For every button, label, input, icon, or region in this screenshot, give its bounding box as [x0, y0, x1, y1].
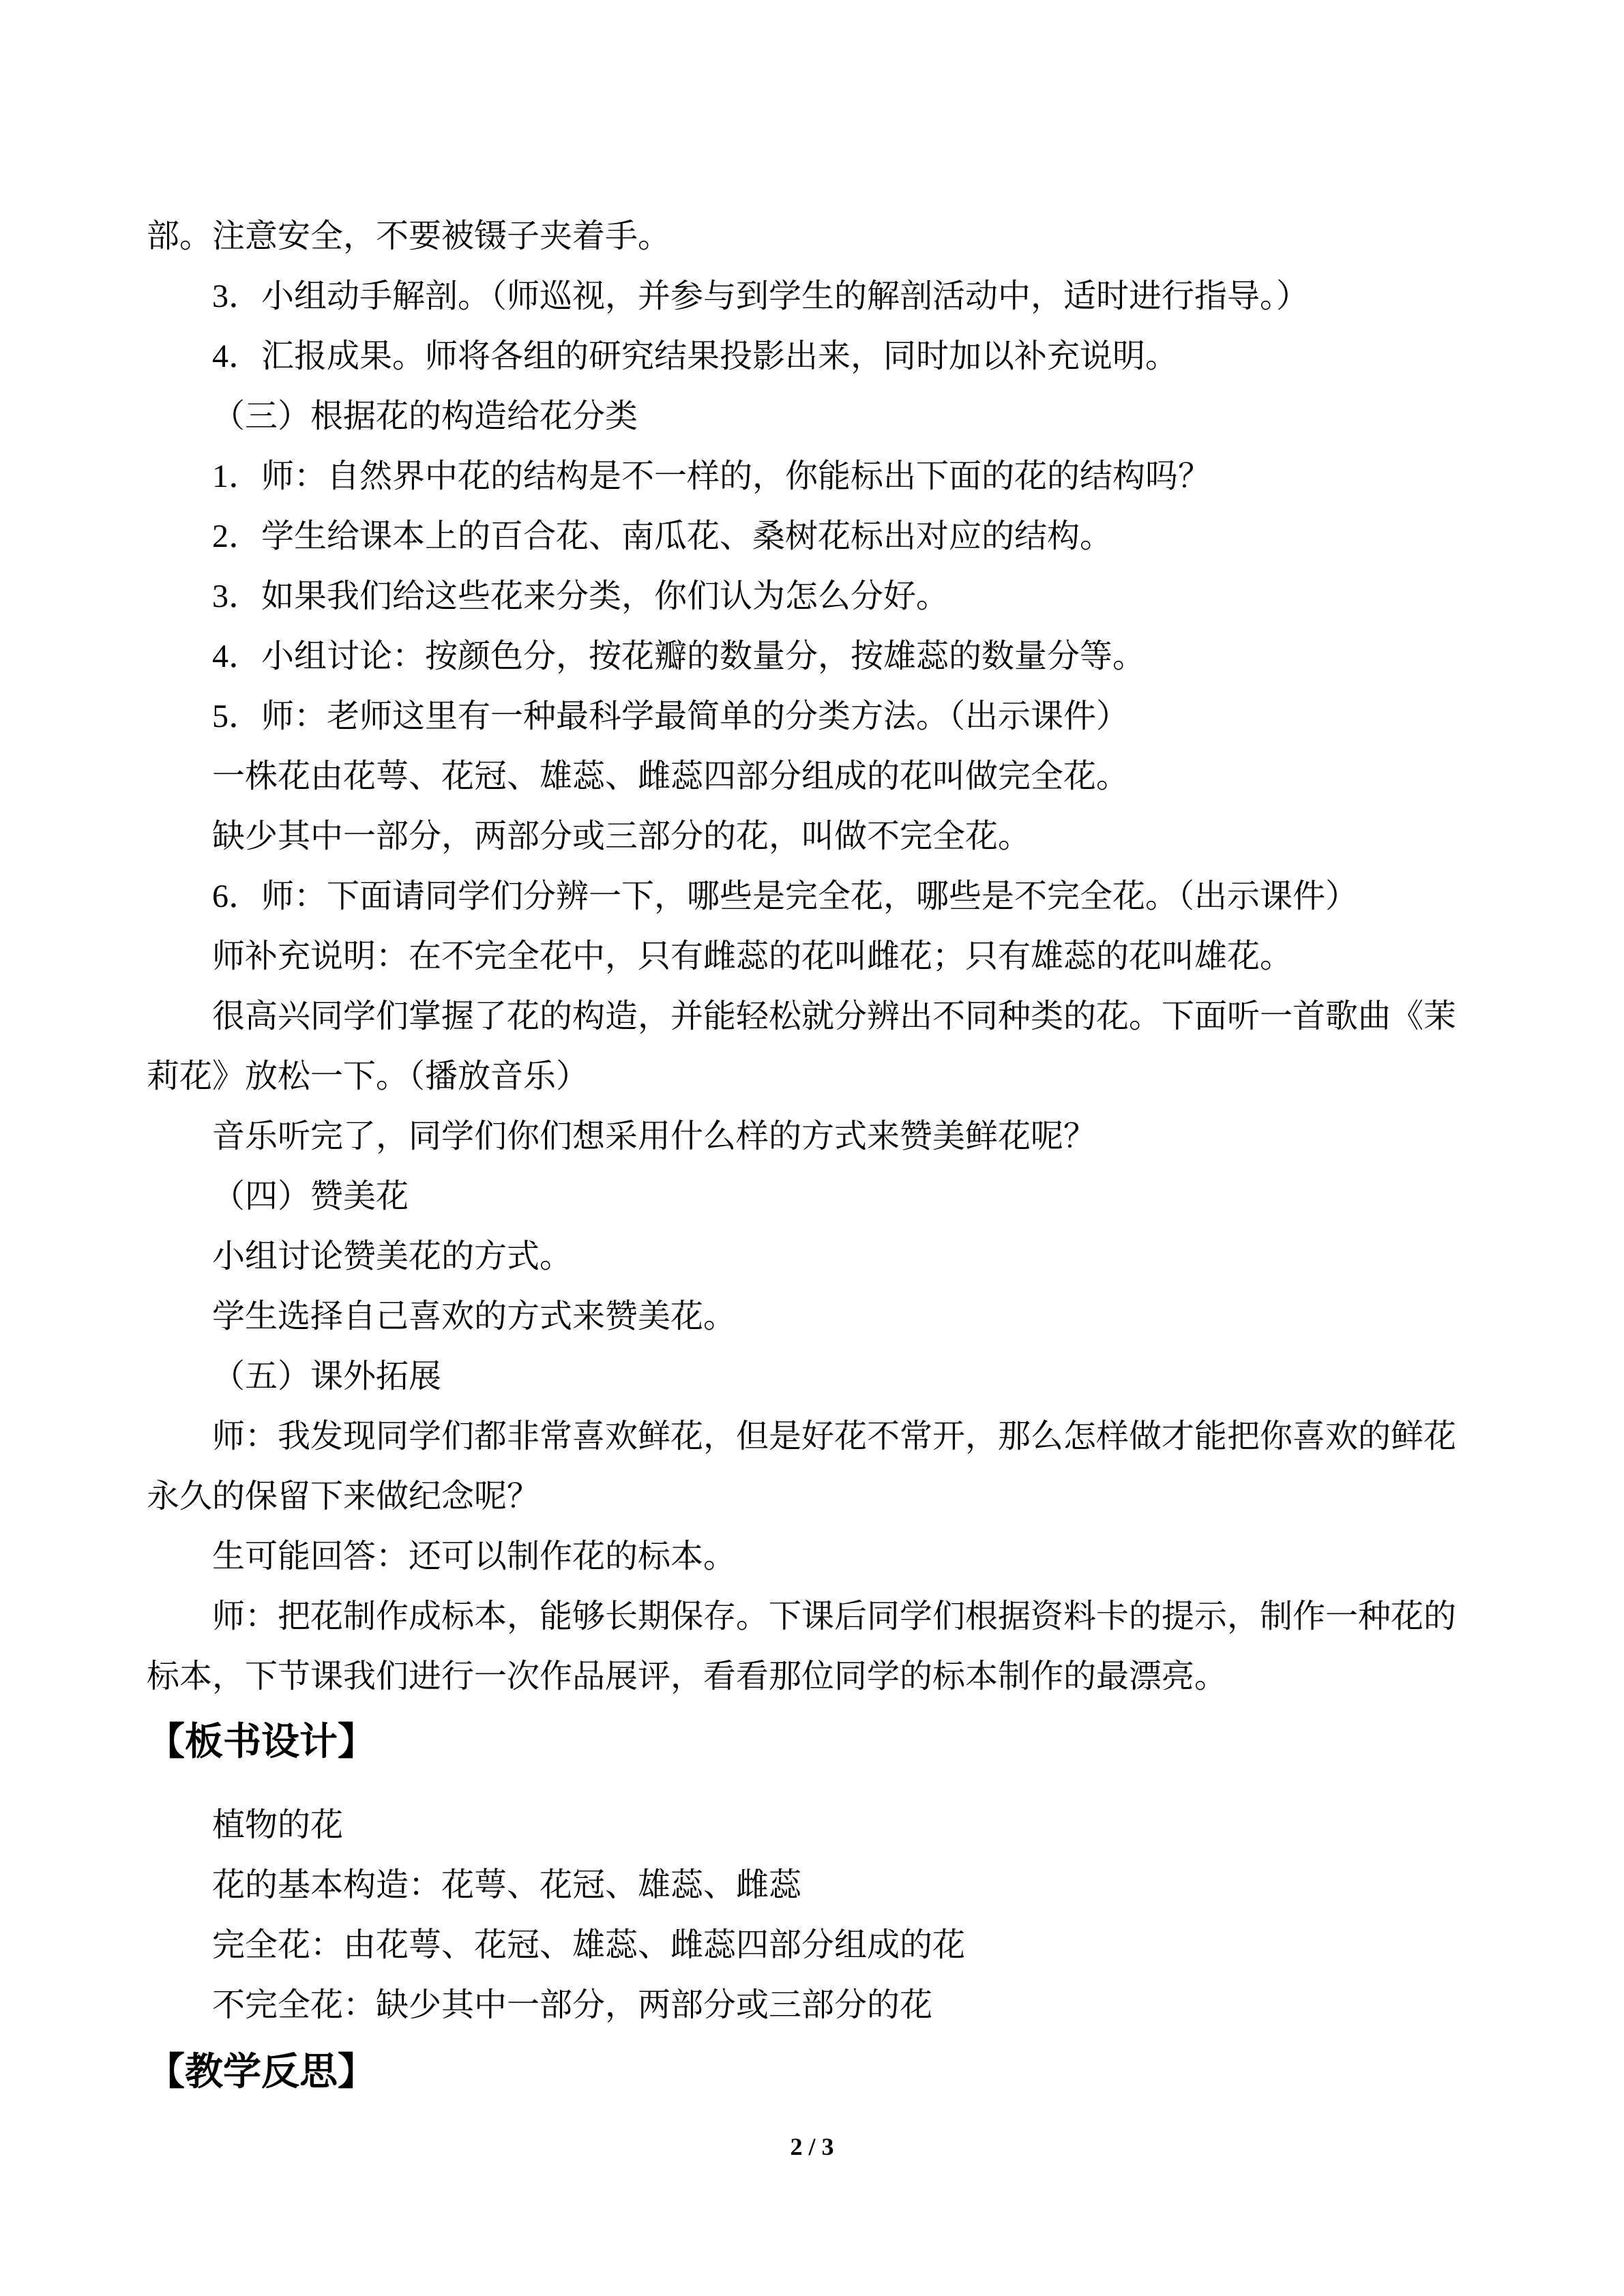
section-label: （四）赞美花: [147, 1167, 1456, 1227]
paragraph: 音乐听完了，同学们你们想采用什么样的方式来赞美鲜花呢？: [147, 1107, 1456, 1167]
paragraph: 3．如果我们给这些花来分类，你们认为怎么分好。: [147, 567, 1456, 627]
document-body: 部。注意安全，不要被镊子夹着手。 3．小组动手解剖。（师巡视，并参与到学生的解剖…: [147, 207, 1456, 2102]
page-number: 2 / 3: [0, 2132, 1624, 2162]
section-heading-board-design: 【板书设计】: [147, 1712, 1456, 1772]
paragraph: 小组讨论赞美花的方式。: [147, 1227, 1456, 1287]
section-label: （三）根据花的构造给花分类: [147, 387, 1456, 447]
paragraph: 很高兴同学们掌握了花的构造，并能轻松就分辨出不同种类的花。下面听一首歌曲《茉莉花…: [147, 987, 1456, 1107]
paragraph: 5．师：老师这里有一种最科学最简单的分类方法。（出示课件）: [147, 687, 1456, 747]
board-design-line: 完全花：由花萼、花冠、雄蕊、雌蕊四部分组成的花: [147, 1915, 1456, 1976]
paragraph: 学生选择自己喜欢的方式来赞美花。: [147, 1287, 1456, 1347]
board-design-line: 花的基本构造：花萼、花冠、雄蕊、雌蕊: [147, 1855, 1456, 1915]
board-design-line: 不完全花：缺少其中一部分，两部分或三部分的花: [147, 1976, 1456, 2036]
paragraph: 3．小组动手解剖。（师巡视，并参与到学生的解剖活动中，适时进行指导。）: [147, 267, 1456, 327]
section-heading-teaching-reflection: 【教学反思】: [147, 2042, 1456, 2102]
paragraph: 1．师：自然界中花的结构是不一样的，你能标出下面的花的结构吗？: [147, 447, 1456, 507]
paragraph: 师补充说明：在不完全花中，只有雌蕊的花叫雌花；只有雄蕊的花叫雄花。: [147, 927, 1456, 987]
document-page: 部。注意安全，不要被镊子夹着手。 3．小组动手解剖。（师巡视，并参与到学生的解剖…: [0, 0, 1624, 2296]
paragraph: 师：把花制作成标本，能够长期保存。下课后同学们根据资料卡的提示，制作一种花的标本…: [147, 1587, 1456, 1707]
paragraph: 缺少其中一部分，两部分或三部分的花，叫做不完全花。: [147, 807, 1456, 867]
paragraph: 师：我发现同学们都非常喜欢鲜花，但是好花不常开，那么怎样做才能把你喜欢的鲜花永久…: [147, 1407, 1456, 1527]
paragraph: 4．小组讨论：按颜色分，按花瓣的数量分，按雄蕊的数量分等。: [147, 627, 1456, 687]
paragraph: 6．师：下面请同学们分辨一下，哪些是完全花，哪些是不完全花。（出示课件）: [147, 867, 1456, 927]
board-design-line: 植物的花: [147, 1795, 1456, 1855]
paragraph: 部。注意安全，不要被镊子夹着手。: [147, 207, 1456, 267]
paragraph: 一株花由花萼、花冠、雄蕊、雌蕊四部分组成的花叫做完全花。: [147, 747, 1456, 807]
paragraph: 4．汇报成果。师将各组的研究结果投影出来，同时加以补充说明。: [147, 327, 1456, 387]
section-label: （五）课外拓展: [147, 1347, 1456, 1407]
paragraph: 生可能回答：还可以制作花的标本。: [147, 1527, 1456, 1587]
paragraph: 2．学生给课本上的百合花、南瓜花、桑树花标出对应的结构。: [147, 507, 1456, 567]
